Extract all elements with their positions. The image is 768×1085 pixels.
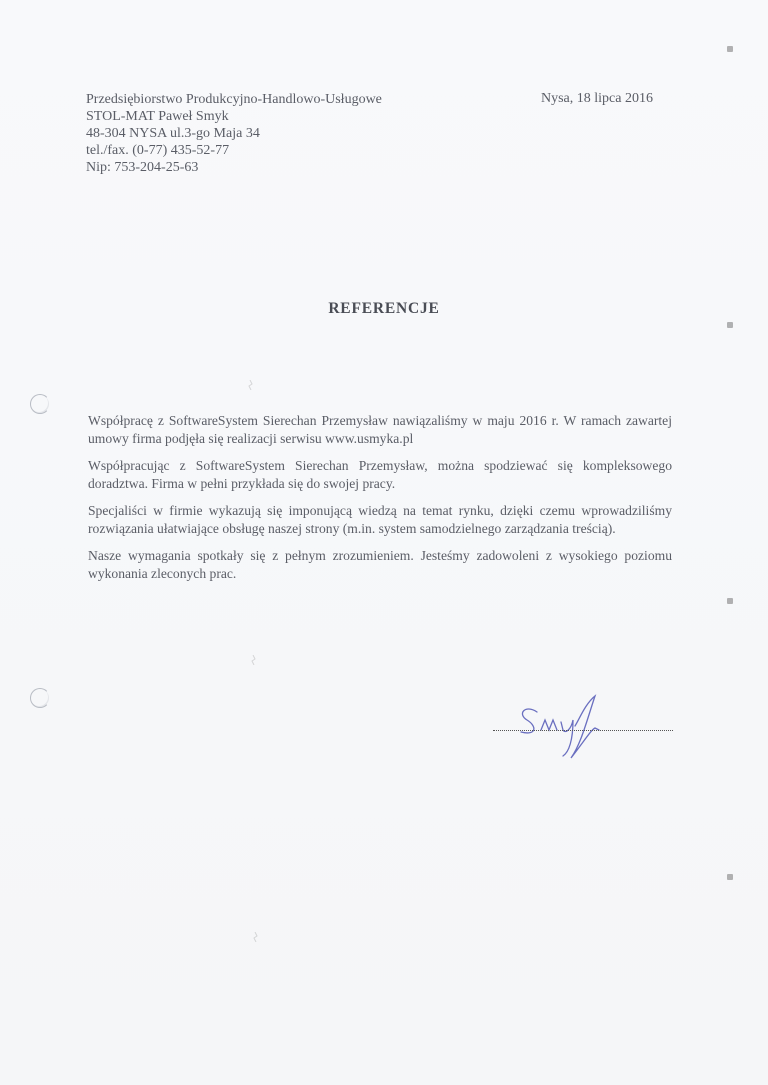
sender-nip: Nip: 753-204-25-63	[86, 159, 382, 176]
punch-hole-mark	[30, 394, 50, 414]
scan-speck	[727, 598, 733, 604]
sender-block: Przedsiębiorstwo Produkcyjno-Handlowo-Us…	[86, 91, 382, 176]
scan-speck	[727, 874, 733, 880]
paragraph: Współpracę z SoftwareSystem Sierechan Pr…	[88, 412, 672, 447]
scan-smudge	[250, 655, 256, 665]
sender-phone: tel./fax. (0-77) 435-52-77	[86, 142, 382, 159]
document-date: Nysa, 18 lipca 2016	[541, 91, 653, 107]
handwritten-signature	[515, 690, 675, 765]
sender-company: Przedsiębiorstwo Produkcyjno-Handlowo-Us…	[86, 91, 382, 108]
document-title: REFERENCJE	[0, 300, 768, 318]
scan-smudge	[247, 380, 253, 390]
sender-address: 48-304 NYSA ul.3-go Maja 34	[86, 125, 382, 142]
scanned-page: Przedsiębiorstwo Produkcyjno-Handlowo-Us…	[0, 0, 768, 1085]
paragraph: Współpracując z SoftwareSystem Sierechan…	[88, 457, 672, 492]
punch-hole-mark	[30, 688, 50, 708]
document-body: Współpracę z SoftwareSystem Sierechan Pr…	[88, 412, 672, 592]
paragraph: Nasze wymagania spotkały się z pełnym zr…	[88, 547, 672, 582]
sender-name: STOL-MAT Paweł Smyk	[86, 108, 382, 125]
signature-line	[493, 730, 673, 731]
scan-smudge	[252, 932, 258, 942]
scan-speck	[727, 322, 733, 328]
paragraph: Specjaliści w firmie wykazują się imponu…	[88, 502, 672, 537]
scan-speck	[727, 46, 733, 52]
